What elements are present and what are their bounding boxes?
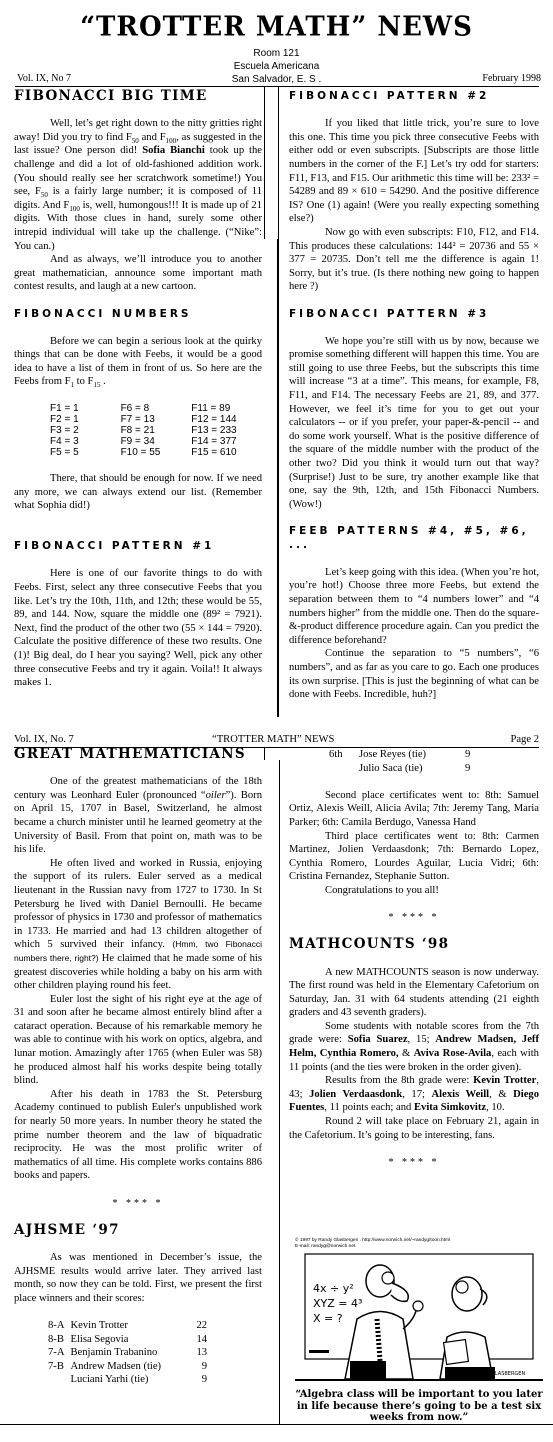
second-place-paragraph: Second place certificates went to: 8th: … bbox=[289, 789, 539, 830]
table-row: 7-ABenjamin Trabanino13 bbox=[48, 1346, 213, 1360]
pattern1-paragraph: Here is one of our favorite things to do… bbox=[14, 567, 262, 689]
newsletter-title: “TROTTER MATH” NEWS bbox=[0, 11, 553, 43]
page1-left-column: FIBONACCI BIG TIME Well, let’s get right… bbox=[14, 90, 262, 690]
pattern3-paragraph: We hope you’re still with us by now, bec… bbox=[289, 335, 539, 512]
ajhsme-paragraph: As was mentioned in December’s issue, th… bbox=[14, 1251, 262, 1305]
euler-paragraph-1: One of the greatest mathematicians of th… bbox=[14, 775, 262, 857]
numbers-paragraph-1: Before we can begin a serious look at th… bbox=[14, 335, 262, 389]
page2-divider-top bbox=[264, 748, 265, 760]
heading-pattern-2: FIBONACCI PATTERN #2 bbox=[289, 90, 539, 104]
pattern2-paragraph-2: Now go with even subscripts: F10, F12, a… bbox=[289, 226, 539, 294]
section-separator: * *** * bbox=[289, 911, 539, 925]
pattern2-paragraph-1: If you liked that little trick, you’re s… bbox=[289, 117, 539, 226]
table-row: F4 = 3F9 = 34F14 = 377 bbox=[50, 436, 262, 447]
ajhsme-winners-continued: 6thJose Reyes (tie)9 Julio Saca (tie)9 bbox=[329, 748, 476, 775]
table-row: F2 = 1F7 = 13F12 = 144 bbox=[50, 414, 262, 425]
page2-title: “TROTTER MATH” NEWS bbox=[212, 734, 334, 745]
table-row: F3 = 2F8 = 21F13 = 233 bbox=[50, 425, 262, 436]
euler-paragraph-3: Euler lost the sight of his right eye at… bbox=[14, 993, 262, 1088]
heading-great-mathematicians: GREAT MATHEMATICIANS bbox=[14, 748, 262, 762]
page2-column-divider bbox=[279, 760, 280, 1424]
numbers-paragraph-2: There, that should be enough for now. If… bbox=[14, 472, 262, 513]
table-row: Julio Saca (tie)9 bbox=[329, 762, 476, 776]
section-separator: * *** * bbox=[14, 1197, 262, 1211]
board-equation-1: 4x ÷ y² bbox=[313, 1282, 354, 1295]
masthead: “TROTTER MATH” NEWS Room 121 Escuela Ame… bbox=[0, 0, 553, 96]
cartoon-caption: “Algebra class will be important to you … bbox=[295, 1389, 543, 1424]
heading-ajhsme: AJHSME ‘97 bbox=[14, 1224, 262, 1238]
section-separator: * *** * bbox=[289, 1156, 539, 1170]
page2-number: Page 2 bbox=[510, 734, 539, 745]
board-equation-3: X = ? bbox=[313, 1312, 343, 1325]
heading-pattern-1: FIBONACCI PATTERN #1 bbox=[14, 540, 262, 554]
page2-volume: Vol. IX, No. 7 bbox=[14, 734, 74, 745]
heading-pattern-3: FIBONACCI PATTERN #3 bbox=[289, 308, 539, 322]
mathcounts-paragraph-4: Round 2 will take place on February 21, … bbox=[289, 1115, 539, 1142]
page1-right-column: FIBONACCI PATTERN #2 If you liked that l… bbox=[289, 90, 539, 702]
column-divider-top bbox=[264, 87, 265, 239]
cartoon-illustration-icon: 4x ÷ y² XYZ = 4³ X = ? GLASBERGEN bbox=[295, 1249, 543, 1384]
third-place-paragraph: Third place certificates went to: 8th: C… bbox=[289, 830, 539, 884]
table-row: F5 = 5F10 = 55F15 = 610 bbox=[50, 447, 262, 458]
table-row: 6thJose Reyes (tie)9 bbox=[329, 748, 476, 762]
room-line: Room 121 bbox=[0, 48, 553, 59]
heading-feeb-patterns: FEEB PATTERNS #4, #5, #6, ... bbox=[289, 525, 539, 552]
congrats-line: Congratulations to you all! bbox=[289, 884, 539, 898]
table-row: Luciani Yarhi (tie)9 bbox=[48, 1373, 213, 1387]
page2-right-column: 6thJose Reyes (tie)9 Julio Saca (tie)9 S… bbox=[289, 748, 539, 1169]
euler-paragraph-4: After his death in 1783 the St. Petersbu… bbox=[14, 1088, 262, 1183]
masthead-rule bbox=[15, 86, 539, 87]
euler-paragraph-2: He often lived and worked in Russia, enj… bbox=[14, 857, 262, 993]
school-line: Escuela Americana bbox=[0, 61, 553, 72]
table-row: 7-BAndrew Madsen (tie)9 bbox=[48, 1360, 213, 1374]
volume-label: Vol. IX, No 7 bbox=[17, 73, 71, 84]
fibonacci-table: F1 = 1F6 = 8F11 = 89 F2 = 1F7 = 13F12 = … bbox=[50, 403, 262, 459]
patterns456-paragraph-2: Continue the separation to “5 numbers”, … bbox=[289, 647, 539, 701]
column-divider-page1 bbox=[278, 87, 279, 717]
mathcounts-paragraph-3: Results from the 8th grade were: Kevin T… bbox=[289, 1074, 539, 1115]
heading-fibonacci-big-time: FIBONACCI BIG TIME bbox=[14, 90, 262, 104]
mathcounts-paragraph-2: Some students with notable scores from t… bbox=[289, 1020, 539, 1074]
page2-left-column: GREAT MATHEMATICIANS One of the greatest… bbox=[14, 748, 262, 1387]
highlight-name: Sofia Bianchi bbox=[142, 145, 205, 156]
table-row: 8-AKevin Trotter22 bbox=[48, 1319, 213, 1333]
heading-mathcounts: MATHCOUNTS ‘98 bbox=[289, 938, 539, 952]
big-time-paragraph-1: Well, let’s get right down to the nitty … bbox=[14, 117, 262, 253]
patterns456-paragraph-1: Let’s keep going with this idea. (When y… bbox=[289, 566, 539, 648]
city-line: San Salvador, E. S . bbox=[0, 74, 553, 85]
ajhsme-winners-table: 8-AKevin Trotter22 8-BElisa Segovia14 7-… bbox=[48, 1319, 213, 1387]
mathcounts-paragraph-1: A new MATHCOUNTS season is now underway.… bbox=[289, 966, 539, 1020]
issue-date: February 1998 bbox=[482, 73, 541, 84]
big-time-paragraph-2: And as always, we’ll introduce you to an… bbox=[14, 253, 262, 294]
cartoon-signature: GLASBERGEN bbox=[491, 1371, 525, 1377]
cartoon: © 1997 by Randy Glasbergen . http://www.… bbox=[295, 1238, 543, 1430]
table-row: 8-BElisa Segovia14 bbox=[48, 1333, 213, 1347]
table-row: F1 = 1F6 = 8F11 = 89 bbox=[50, 403, 262, 414]
heading-fibonacci-numbers: FIBONACCI NUMBERS bbox=[14, 308, 262, 322]
board-equation-2: XYZ = 4³ bbox=[313, 1297, 362, 1310]
